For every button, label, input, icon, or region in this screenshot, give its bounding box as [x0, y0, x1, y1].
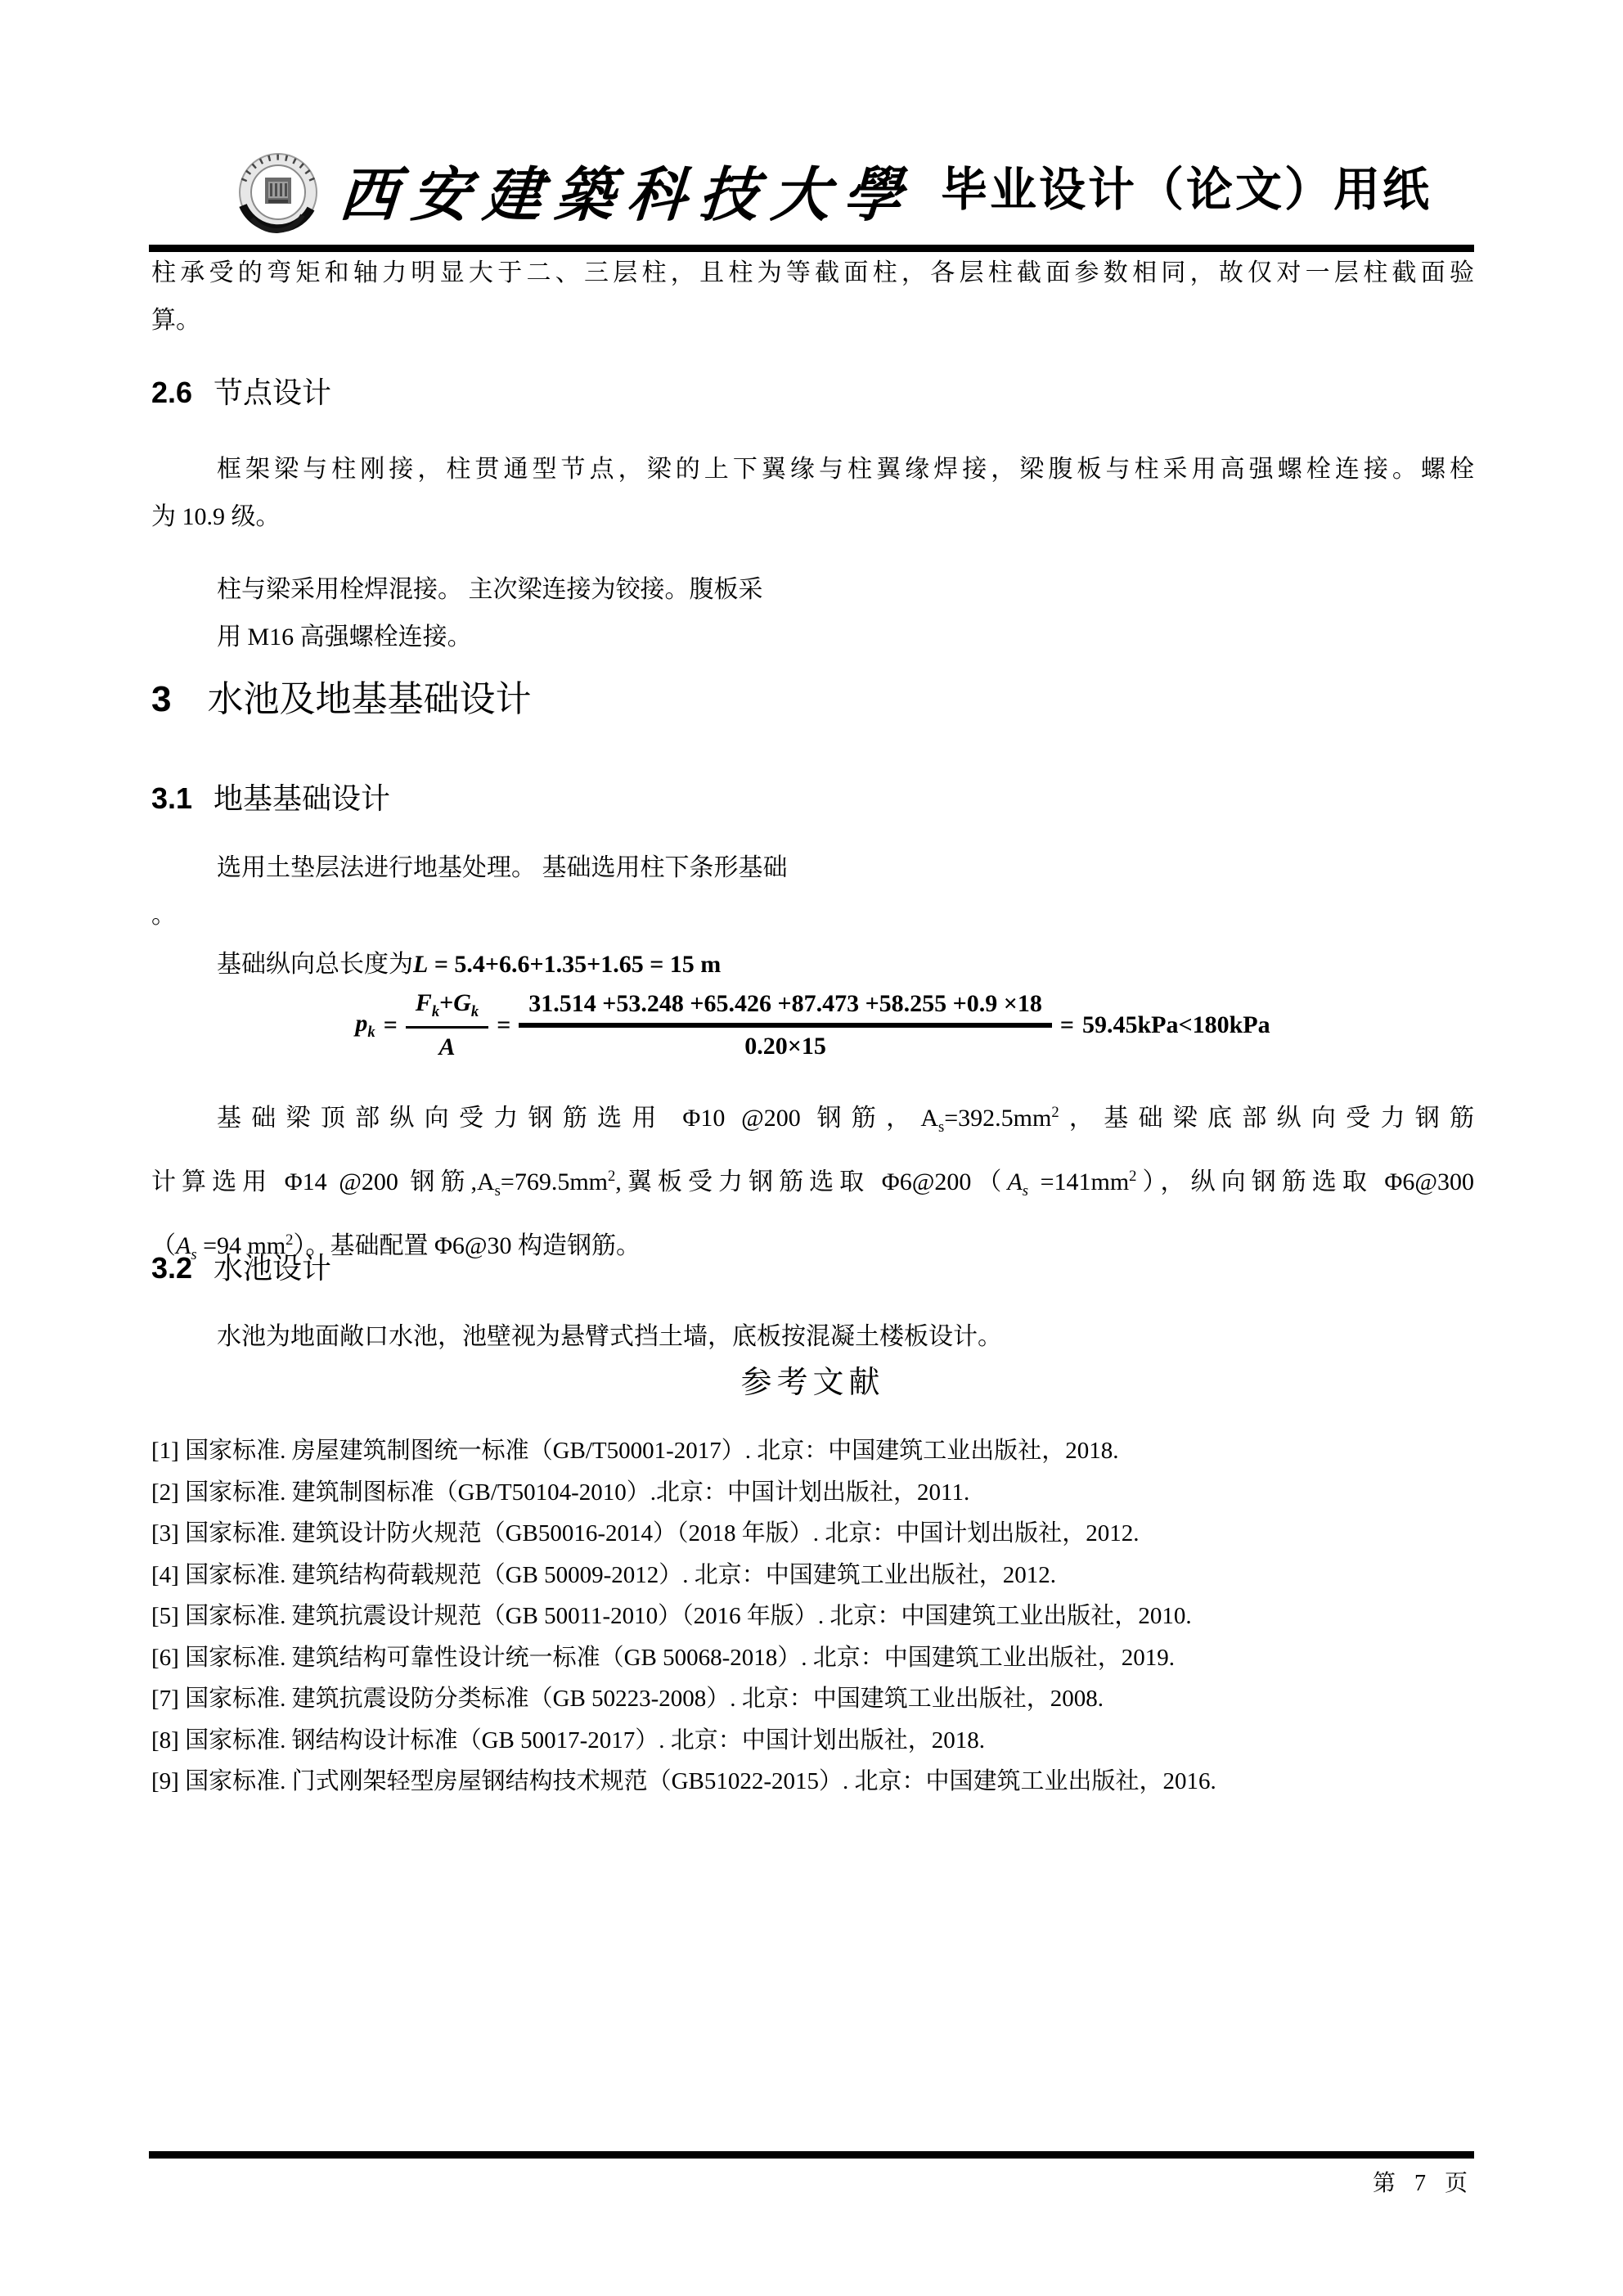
- plus-sign: +: [439, 989, 453, 1016]
- formula-result: 59.45kPa<180kPa: [1082, 1011, 1270, 1039]
- university-emblem-logo: [232, 148, 324, 243]
- symbol-fraction: Fk+Gk A: [406, 989, 488, 1061]
- section-title: 节点设计: [214, 376, 331, 409]
- var-g-sub: k: [471, 1003, 479, 1020]
- var-f-sub: k: [432, 1003, 439, 1020]
- fraction-denominator: 0.20×15: [744, 1028, 826, 1060]
- fraction-numerator: 31.514 +53.248 +65.426 +87.473 +58.255 +…: [519, 990, 1052, 1028]
- paragraph-pool: 水池为地面敞口水池，池壁视为悬臂式挡土墙，底板按混凝土楼板设计。: [151, 1313, 1474, 1361]
- sheet-title: 毕业设计（论文）用纸: [941, 152, 1432, 219]
- reference-item: [1] 国家标准. 房屋建筑制图统一标准（GB/T50001-2017）. 北京…: [151, 1430, 1474, 1472]
- footer-rule: [149, 2151, 1474, 2159]
- paragraph-bolt-weld: 柱与梁采用栓焊混接。 主次梁连接为铰接。腹板采 用 M16 高强螺栓连接。: [151, 566, 1474, 661]
- reference-item: [6] 国家标准. 建筑结构可靠性设计统一标准（GB 50068-2018）. …: [151, 1637, 1474, 1679]
- chapter-number: 3: [151, 679, 171, 719]
- rebar-text: =141mm: [1028, 1168, 1129, 1195]
- formula-lhs: pk: [355, 1010, 375, 1042]
- reference-item: [9] 国家标准. 门式刚架轻型房屋钢结构技术规范（GB51022-2015）.…: [151, 1761, 1474, 1803]
- var-a: A: [1007, 1168, 1022, 1195]
- fraction-numerator: Fk+Gk: [406, 989, 488, 1029]
- rebar-text: ），纵向钢筋选取 Φ6@300: [1136, 1168, 1474, 1195]
- pressure-formula: pk = Fk+Gk A = 31.514 +53.248 +65.426 +8…: [151, 980, 1474, 1070]
- var-g: G: [453, 989, 471, 1016]
- rebar-text: 计算选用 Φ14 @200 钢筋,A: [151, 1168, 495, 1195]
- reference-item: [2] 国家标准. 建筑制图标准（GB/T50104-2010）.北京：中国计划…: [151, 1472, 1474, 1514]
- rebar-text: ,翼板受力钢筋选取 Φ6@200（: [615, 1168, 1007, 1195]
- reference-item: [4] 国家标准. 建筑结构荷载规范（GB 50009-2012）. 北京：中国…: [151, 1555, 1474, 1596]
- paragraph-line: 用 M16 高强螺栓连接。: [151, 614, 1474, 661]
- paragraph-joint-design: 框架梁与柱刚接，柱贯通型节点，梁的上下翼缘与柱翼缘焊接，梁腹板与柱采用高强螺栓连…: [151, 446, 1474, 541]
- section-number: 3.1: [151, 781, 192, 815]
- university-name-calligraphy: 西安建築科技大學: [336, 147, 918, 232]
- length-expression: = 5.4+6.6+1.35+1.65 = 15 m: [428, 951, 721, 978]
- reference-item: [5] 国家标准. 建筑抗震设计规范（GB 50011-2010）（2016 年…: [151, 1596, 1474, 1637]
- var-f: F: [416, 989, 432, 1016]
- paragraph-foundation: 选用土垫层法进行地基处理。 基础选用柱下条形基础 。: [151, 844, 1474, 939]
- paragraph-line: 框架梁与柱刚接，柱贯通型节点，梁的上下翼缘与柱翼缘焊接，梁腹板与柱采用高强螺栓连…: [151, 446, 1474, 493]
- var-a-sub: s: [1023, 1182, 1028, 1200]
- superscript: 2: [608, 1168, 615, 1185]
- references-heading: 参考文献: [151, 1357, 1474, 1402]
- section-title: 地基基础设计: [214, 781, 390, 815]
- reference-item: [8] 国家标准. 钢结构设计标准（GB 50017-2017）. 北京：中国计…: [151, 1720, 1474, 1762]
- chapter-heading-3: 3水池及地基基础设计: [151, 669, 1474, 722]
- reference-item: [3] 国家标准. 建筑设计防火规范（GB50016-2014）（2018 年版…: [151, 1513, 1474, 1555]
- section-heading-3-1: 3.1地基基础设计: [151, 776, 1474, 817]
- superscript: 2: [1051, 1104, 1059, 1121]
- paragraph-line: 水池为地面敞口水池，池壁视为悬臂式挡土墙，底板按混凝土楼板设计。: [151, 1313, 1474, 1361]
- reference-item: [7] 国家标准. 建筑抗震设防分类标准（GB 50223-2008）. 北京：…: [151, 1678, 1474, 1720]
- equals-sign: =: [1060, 1011, 1074, 1039]
- equals-sign: =: [497, 1011, 510, 1039]
- section-heading-2-6: 2.6节点设计: [151, 370, 1474, 412]
- var-p: p: [355, 1010, 367, 1037]
- chapter-title: 水池及地基基础设计: [207, 679, 531, 719]
- rebar-text: =769.5mm: [501, 1168, 608, 1195]
- subscript: s: [495, 1182, 501, 1200]
- page-number: 第 7 页: [151, 2165, 1474, 2198]
- paragraph-line: 柱承受的弯矩和轴力明显大于二、三层柱，且柱为等截面柱，各层柱截面参数相同，故仅对…: [151, 250, 1474, 297]
- section-number: 3.2: [151, 1251, 192, 1285]
- paragraph-column-check: 柱承受的弯矩和轴力明显大于二、三层柱，且柱为等截面柱，各层柱截面参数相同，故仅对…: [151, 250, 1474, 344]
- length-variable: L: [413, 951, 428, 978]
- references-list: [1] 国家标准. 房屋建筑制图统一标准（GB/T50001-2017）. 北京…: [151, 1430, 1474, 1803]
- paragraph-line: 。: [151, 892, 1474, 939]
- paragraph-line: 为 10.9 级。: [151, 493, 1474, 541]
- var-p-sub: k: [367, 1024, 375, 1041]
- paragraph-line: 基础梁顶部纵向受力钢筋选用 Φ10 @200 钢筋，As=392.5mm2，基础…: [151, 1088, 1474, 1152]
- paragraph-line: 计算选用 Φ14 @200 钢筋,As=769.5mm2,翼板受力钢筋选取 Φ6…: [151, 1152, 1474, 1216]
- thesis-page: 西安建築科技大學 毕业设计（论文）用纸 柱承受的弯矩和轴力明显大于二、三层柱，且…: [0, 0, 1623, 2296]
- section-title: 水池设计: [214, 1251, 331, 1285]
- equals-sign: =: [384, 1011, 398, 1039]
- fraction-denominator: A: [438, 1029, 455, 1061]
- numeric-fraction: 31.514 +53.248 +65.426 +87.473 +58.255 +…: [519, 990, 1052, 1060]
- rebar-text: ，基础梁底部纵向受力钢筋: [1059, 1105, 1474, 1132]
- section-heading-3-2: 3.2水池设计: [151, 1245, 1474, 1287]
- rebar-text: 基础梁顶部纵向受力钢筋选用 Φ10 @200 钢筋，A: [217, 1105, 938, 1132]
- paragraph-line: 柱与梁采用栓焊混接。 主次梁连接为铰接。腹板采: [151, 566, 1474, 614]
- rebar-text: =392.5mm: [944, 1105, 1051, 1132]
- length-text: 基础纵向总长度为: [217, 951, 413, 978]
- paragraph-line: 选用土垫层法进行地基处理。 基础选用柱下条形基础: [151, 844, 1474, 892]
- paragraph-line: 算。: [151, 297, 1474, 344]
- section-number: 2.6: [151, 376, 192, 409]
